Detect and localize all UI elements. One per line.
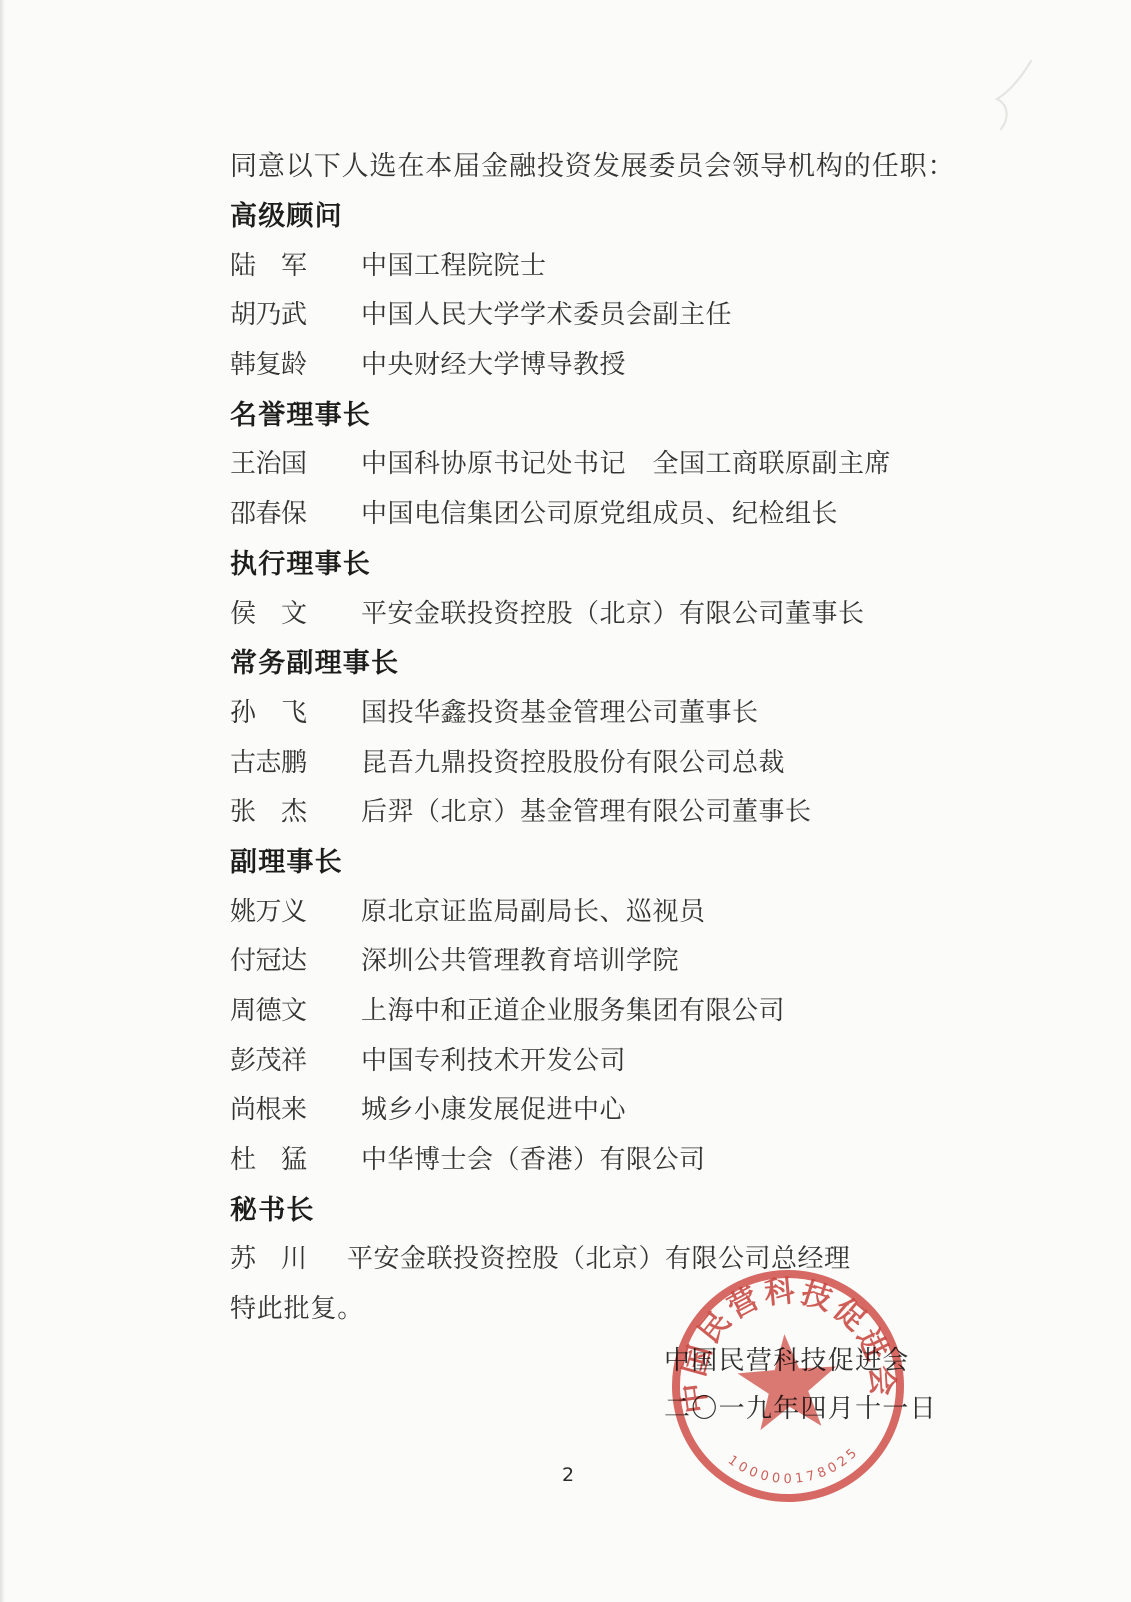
entry-title: 昆吾九鼎投资控股股份有限公司总裁 xyxy=(361,742,785,779)
entry-title: 上海中和正道企业服务集团有限公司 xyxy=(361,990,785,1027)
entry-name: 孙 飞 xyxy=(230,692,307,729)
section-heading-secretary-general: 秘书长 xyxy=(230,1182,990,1232)
entry-title: 后羿（北京）基金管理有限公司董事长 xyxy=(361,791,812,828)
entry-title: 中华博士会（香港）有限公司 xyxy=(361,1139,706,1176)
entry-name: 邵春保 xyxy=(230,493,307,530)
entry-title: 原北京证监局副局长、巡视员 xyxy=(361,891,706,928)
official-seal: 中国民营科技促进会 100000178025 xyxy=(660,1258,916,1514)
entry-name: 杜 猛 xyxy=(230,1139,307,1176)
entry-row: 王治国 中国科协原书记处书记 全国工商联原副主席 xyxy=(230,437,990,487)
entry-row: 孙 飞 国投华鑫投资基金管理公司董事长 xyxy=(230,686,990,736)
entry-title: 国投华鑫投资基金管理公司董事长 xyxy=(361,692,759,729)
entry-title: 中国工程院院士 xyxy=(361,245,547,282)
entry-row: 古志鹏 昆吾九鼎投资控股股份有限公司总裁 xyxy=(230,735,990,785)
entry-name: 付冠达 xyxy=(230,940,307,977)
entry-row: 陆 军 中国工程院院士 xyxy=(230,238,990,288)
entry-row: 韩复龄 中央财经大学博导教授 xyxy=(230,338,990,388)
entry-name: 张 杰 xyxy=(230,791,307,828)
section-heading-executive-chairman: 执行理事长 xyxy=(230,537,990,587)
entry-title: 中国专利技术开发公司 xyxy=(361,1040,626,1077)
entry-name: 韩复龄 xyxy=(230,344,307,381)
entry-name: 尚根来 xyxy=(230,1089,307,1126)
entry-row: 杜 猛 中华博士会（香港）有限公司 xyxy=(230,1133,990,1183)
entry-name: 苏 川 xyxy=(230,1238,307,1275)
entry-name: 周德文 xyxy=(230,990,307,1027)
entry-row: 张 杰 后羿（北京）基金管理有限公司董事长 xyxy=(230,785,990,835)
paper-crease-mark xyxy=(985,55,1045,135)
entry-row: 周德文 上海中和正道企业服务集团有限公司 xyxy=(230,984,990,1034)
section-heading-vice-chairman: 副理事长 xyxy=(230,835,990,885)
seal-star-icon xyxy=(735,1331,840,1432)
entry-title: 中央财经大学博导教授 xyxy=(361,344,626,381)
intro-line: 同意以下人选在本届金融投资发展委员会领导机构的任职： xyxy=(230,139,990,189)
entry-row: 邵春保 中国电信集团公司原党组成员、纪检组长 xyxy=(230,487,990,537)
entry-row: 尚根来 城乡小康发展促进中心 xyxy=(230,1083,990,1133)
entry-title: 深圳公共管理教育培训学院 xyxy=(361,940,679,977)
entry-name: 胡乃武 xyxy=(230,294,307,331)
page-number: 2 xyxy=(562,1464,574,1486)
scan-edge-shading xyxy=(0,0,5,1602)
entry-name: 古志鹏 xyxy=(230,742,307,779)
entry-row: 彭茂祥 中国专利技术开发公司 xyxy=(230,1033,990,1083)
document-page: 同意以下人选在本届金融投资发展委员会领导机构的任职： 高级顾问 陆 军 中国工程… xyxy=(0,0,1131,1602)
entry-title: 中国人民大学学术委员会副主任 xyxy=(361,294,732,331)
entry-name: 王治国 xyxy=(230,443,307,480)
entry-name: 陆 军 xyxy=(230,245,307,282)
entry-row: 胡乃武 中国人民大学学术委员会副主任 xyxy=(230,288,990,338)
section-heading-senior-advisor: 高级顾问 xyxy=(230,189,990,239)
entry-row: 姚万义 原北京证监局副局长、巡视员 xyxy=(230,884,990,934)
entry-name: 姚万义 xyxy=(230,891,307,928)
entry-title: 中国电信集团公司原党组成员、纪检组长 xyxy=(361,493,838,530)
document-body: 同意以下人选在本届金融投资发展委员会领导机构的任职： 高级顾问 陆 军 中国工程… xyxy=(230,139,990,1332)
entry-title: 平安金联投资控股（北京）有限公司董事长 xyxy=(361,593,865,630)
entry-row: 付冠达 深圳公共管理教育培训学院 xyxy=(230,934,990,984)
entry-title: 城乡小康发展促进中心 xyxy=(361,1089,626,1126)
entry-name: 彭茂祥 xyxy=(230,1040,307,1077)
entry-row: 侯 文 平安金联投资控股（北京）有限公司董事长 xyxy=(230,586,990,636)
section-heading-standing-vice-chairman: 常务副理事长 xyxy=(230,636,990,686)
entry-name: 侯 文 xyxy=(230,593,307,630)
entry-title: 中国科协原书记处书记 全国工商联原副主席 xyxy=(361,443,891,480)
section-heading-honorary-chairman: 名誉理事长 xyxy=(230,387,990,437)
